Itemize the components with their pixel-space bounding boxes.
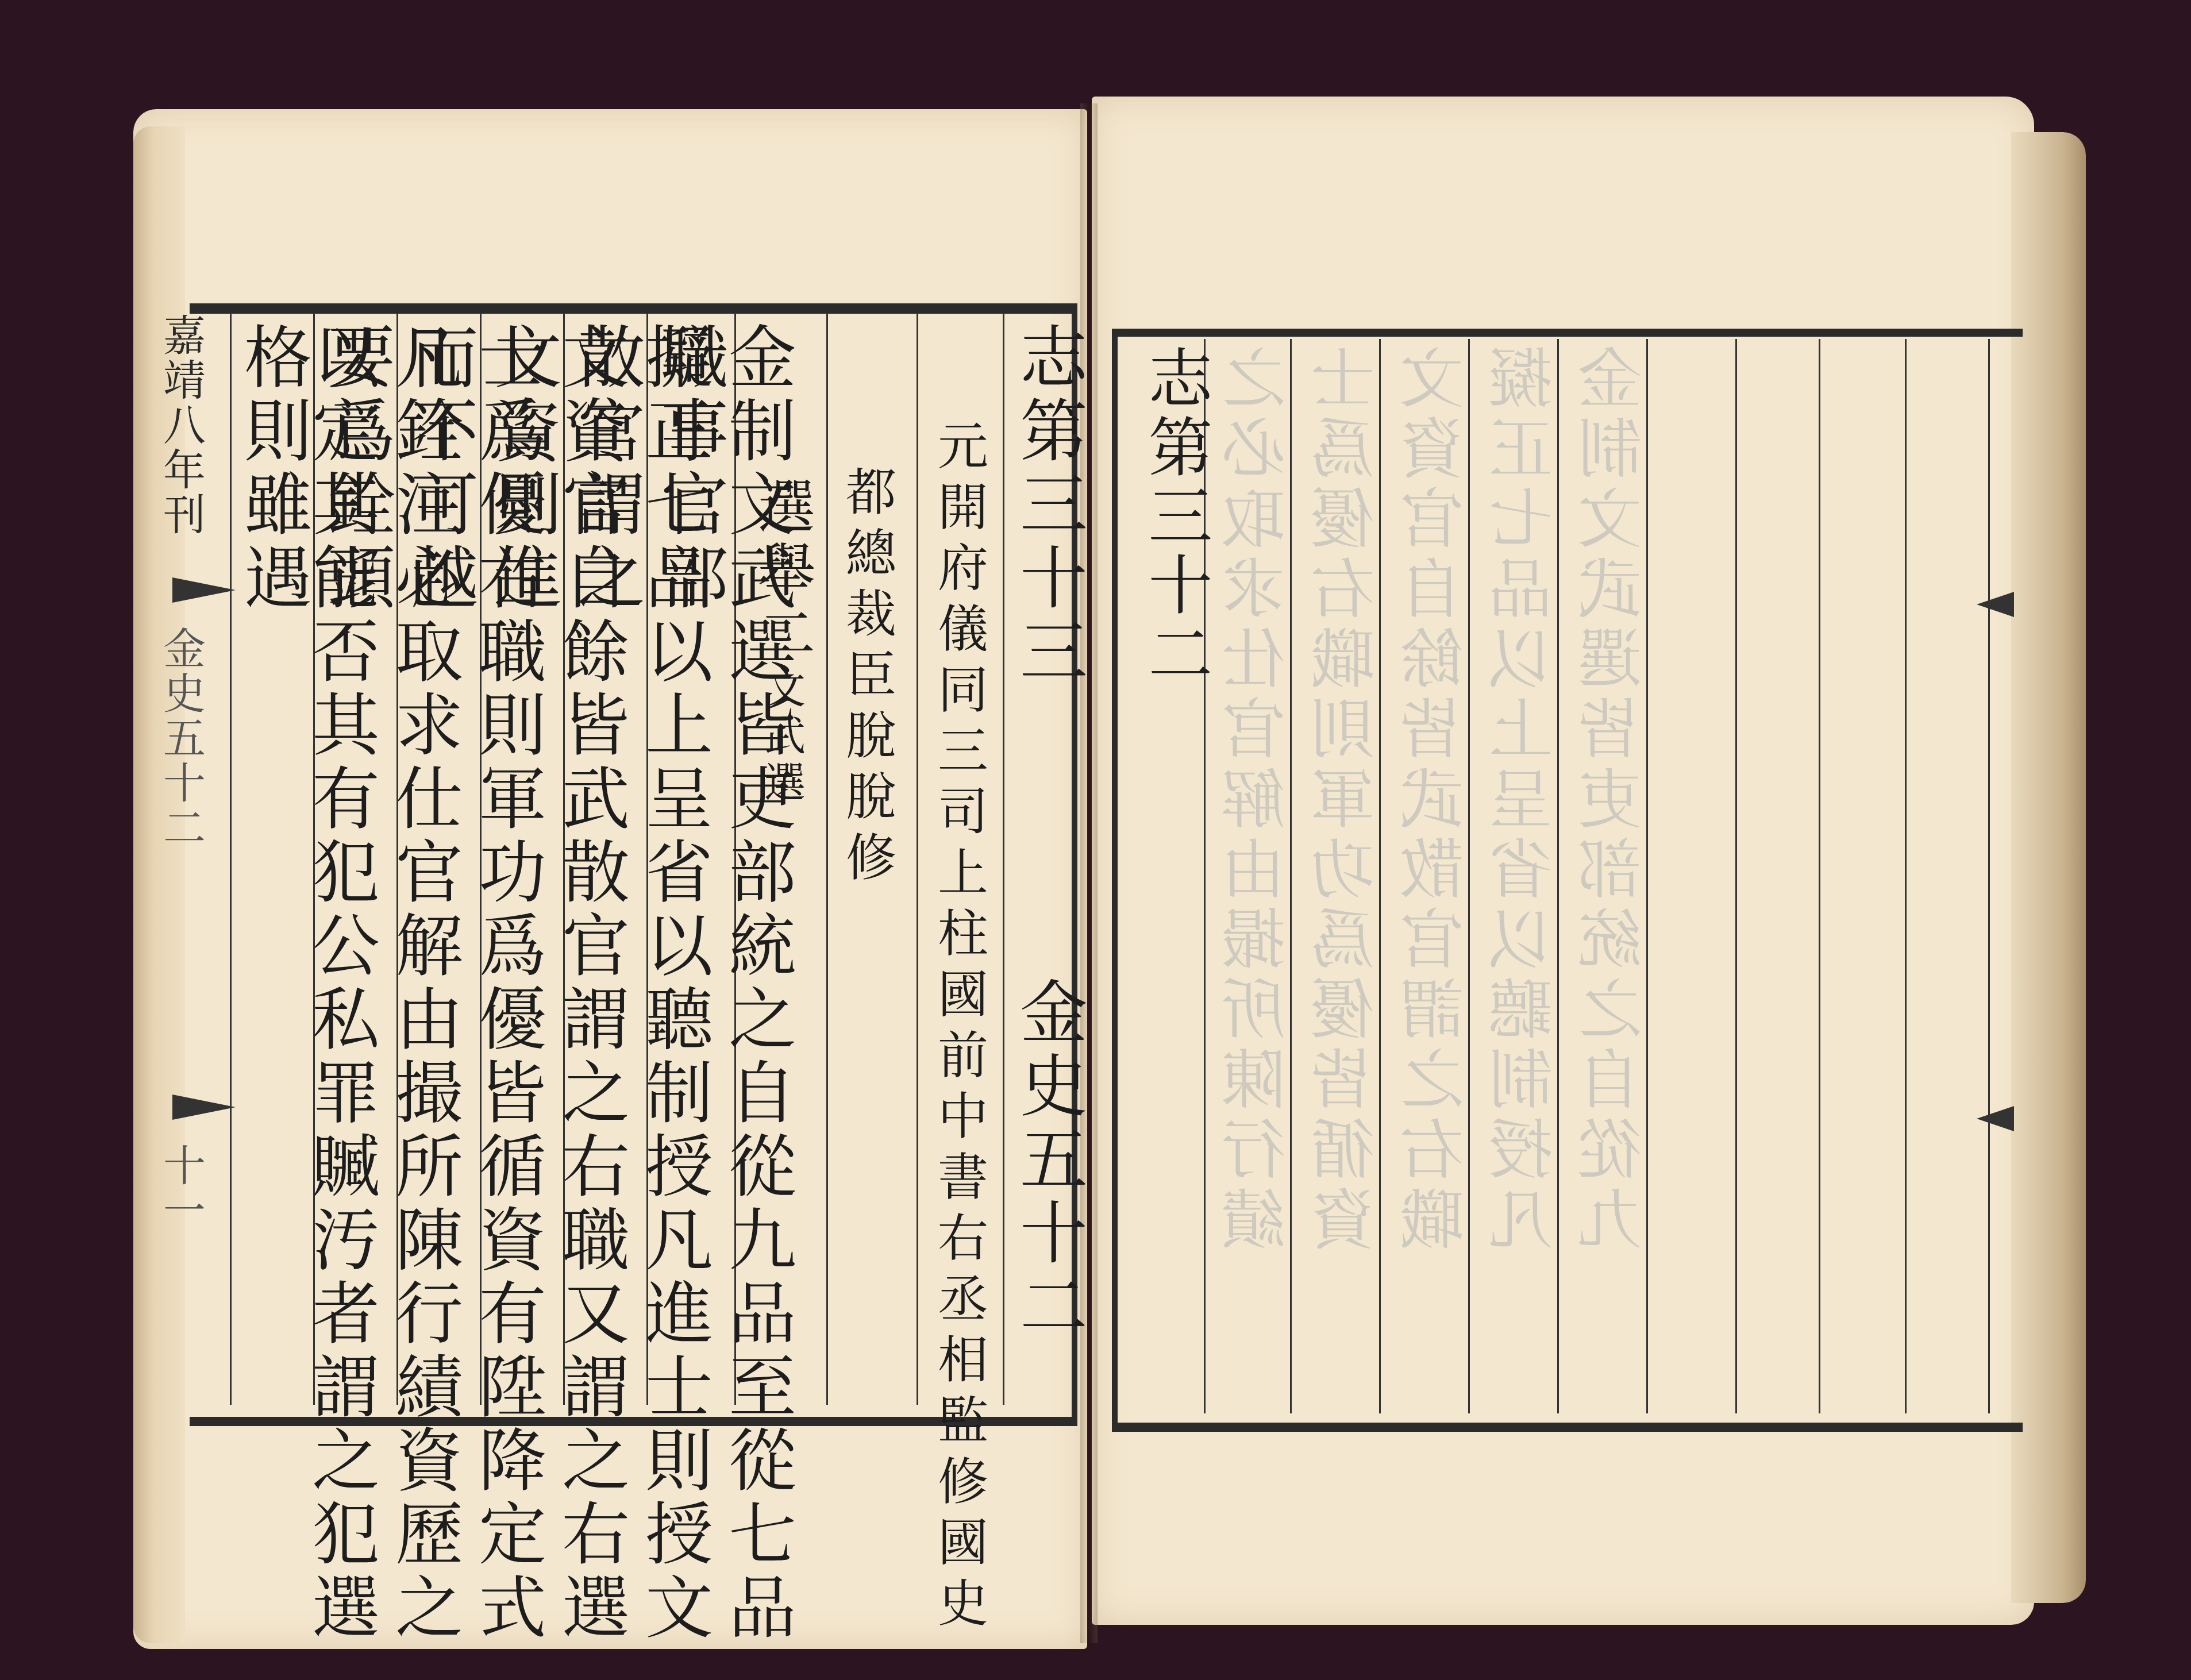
column-rule: [1819, 339, 1820, 1413]
fishtail-upper-icon: [172, 577, 236, 603]
right-chapter-title: 志第三十二: [1129, 345, 1222, 689]
column-rule: [1905, 339, 1907, 1413]
bleed-through-column: 金制文武選皆吏部統之自從九: [1569, 345, 1661, 1256]
bleed-through-column: 擬正七品以上呈省以聽制授凡: [1480, 345, 1572, 1256]
margin-page-number: 十一: [151, 1143, 211, 1233]
right-fishtail-upper-icon: [1977, 592, 2014, 617]
fishtail-lower-icon: [172, 1095, 236, 1120]
author-credit-line: 元開府儀同三司上柱國前中書右丞相監修國史: [934, 419, 984, 1637]
compiler-credit-line: 都總裁臣脫脫修: [842, 465, 892, 892]
volume-title: 金史五十二: [1014, 977, 1082, 1344]
edition-note: 嘉靖八年刊: [151, 313, 211, 537]
column-rule: [1988, 339, 1990, 1413]
column-rule: [230, 313, 232, 1405]
column-rule: [917, 313, 918, 1405]
margin-book-title: 金史五十二: [151, 626, 211, 850]
chapter-title: 志第三十三: [1014, 322, 1082, 689]
body-column-6: 以定其能否其有犯公私罪贓汚者謂之犯選格則雖遇: [238, 322, 374, 1680]
right-fishtail-lower-icon: [1977, 1106, 2014, 1131]
column-rule: [1735, 339, 1737, 1413]
bleed-through-column: 士爲優右職則軍功爲優皆循資: [1301, 345, 1394, 1256]
column-rule: [826, 313, 828, 1405]
column-rule: [1003, 313, 1004, 1405]
bleed-through-column: 文資官自餘皆武散官謂之右職: [1391, 345, 1483, 1256]
bleed-through-column: 之必取求仕官解由撮所陳行績: [1212, 345, 1305, 1256]
